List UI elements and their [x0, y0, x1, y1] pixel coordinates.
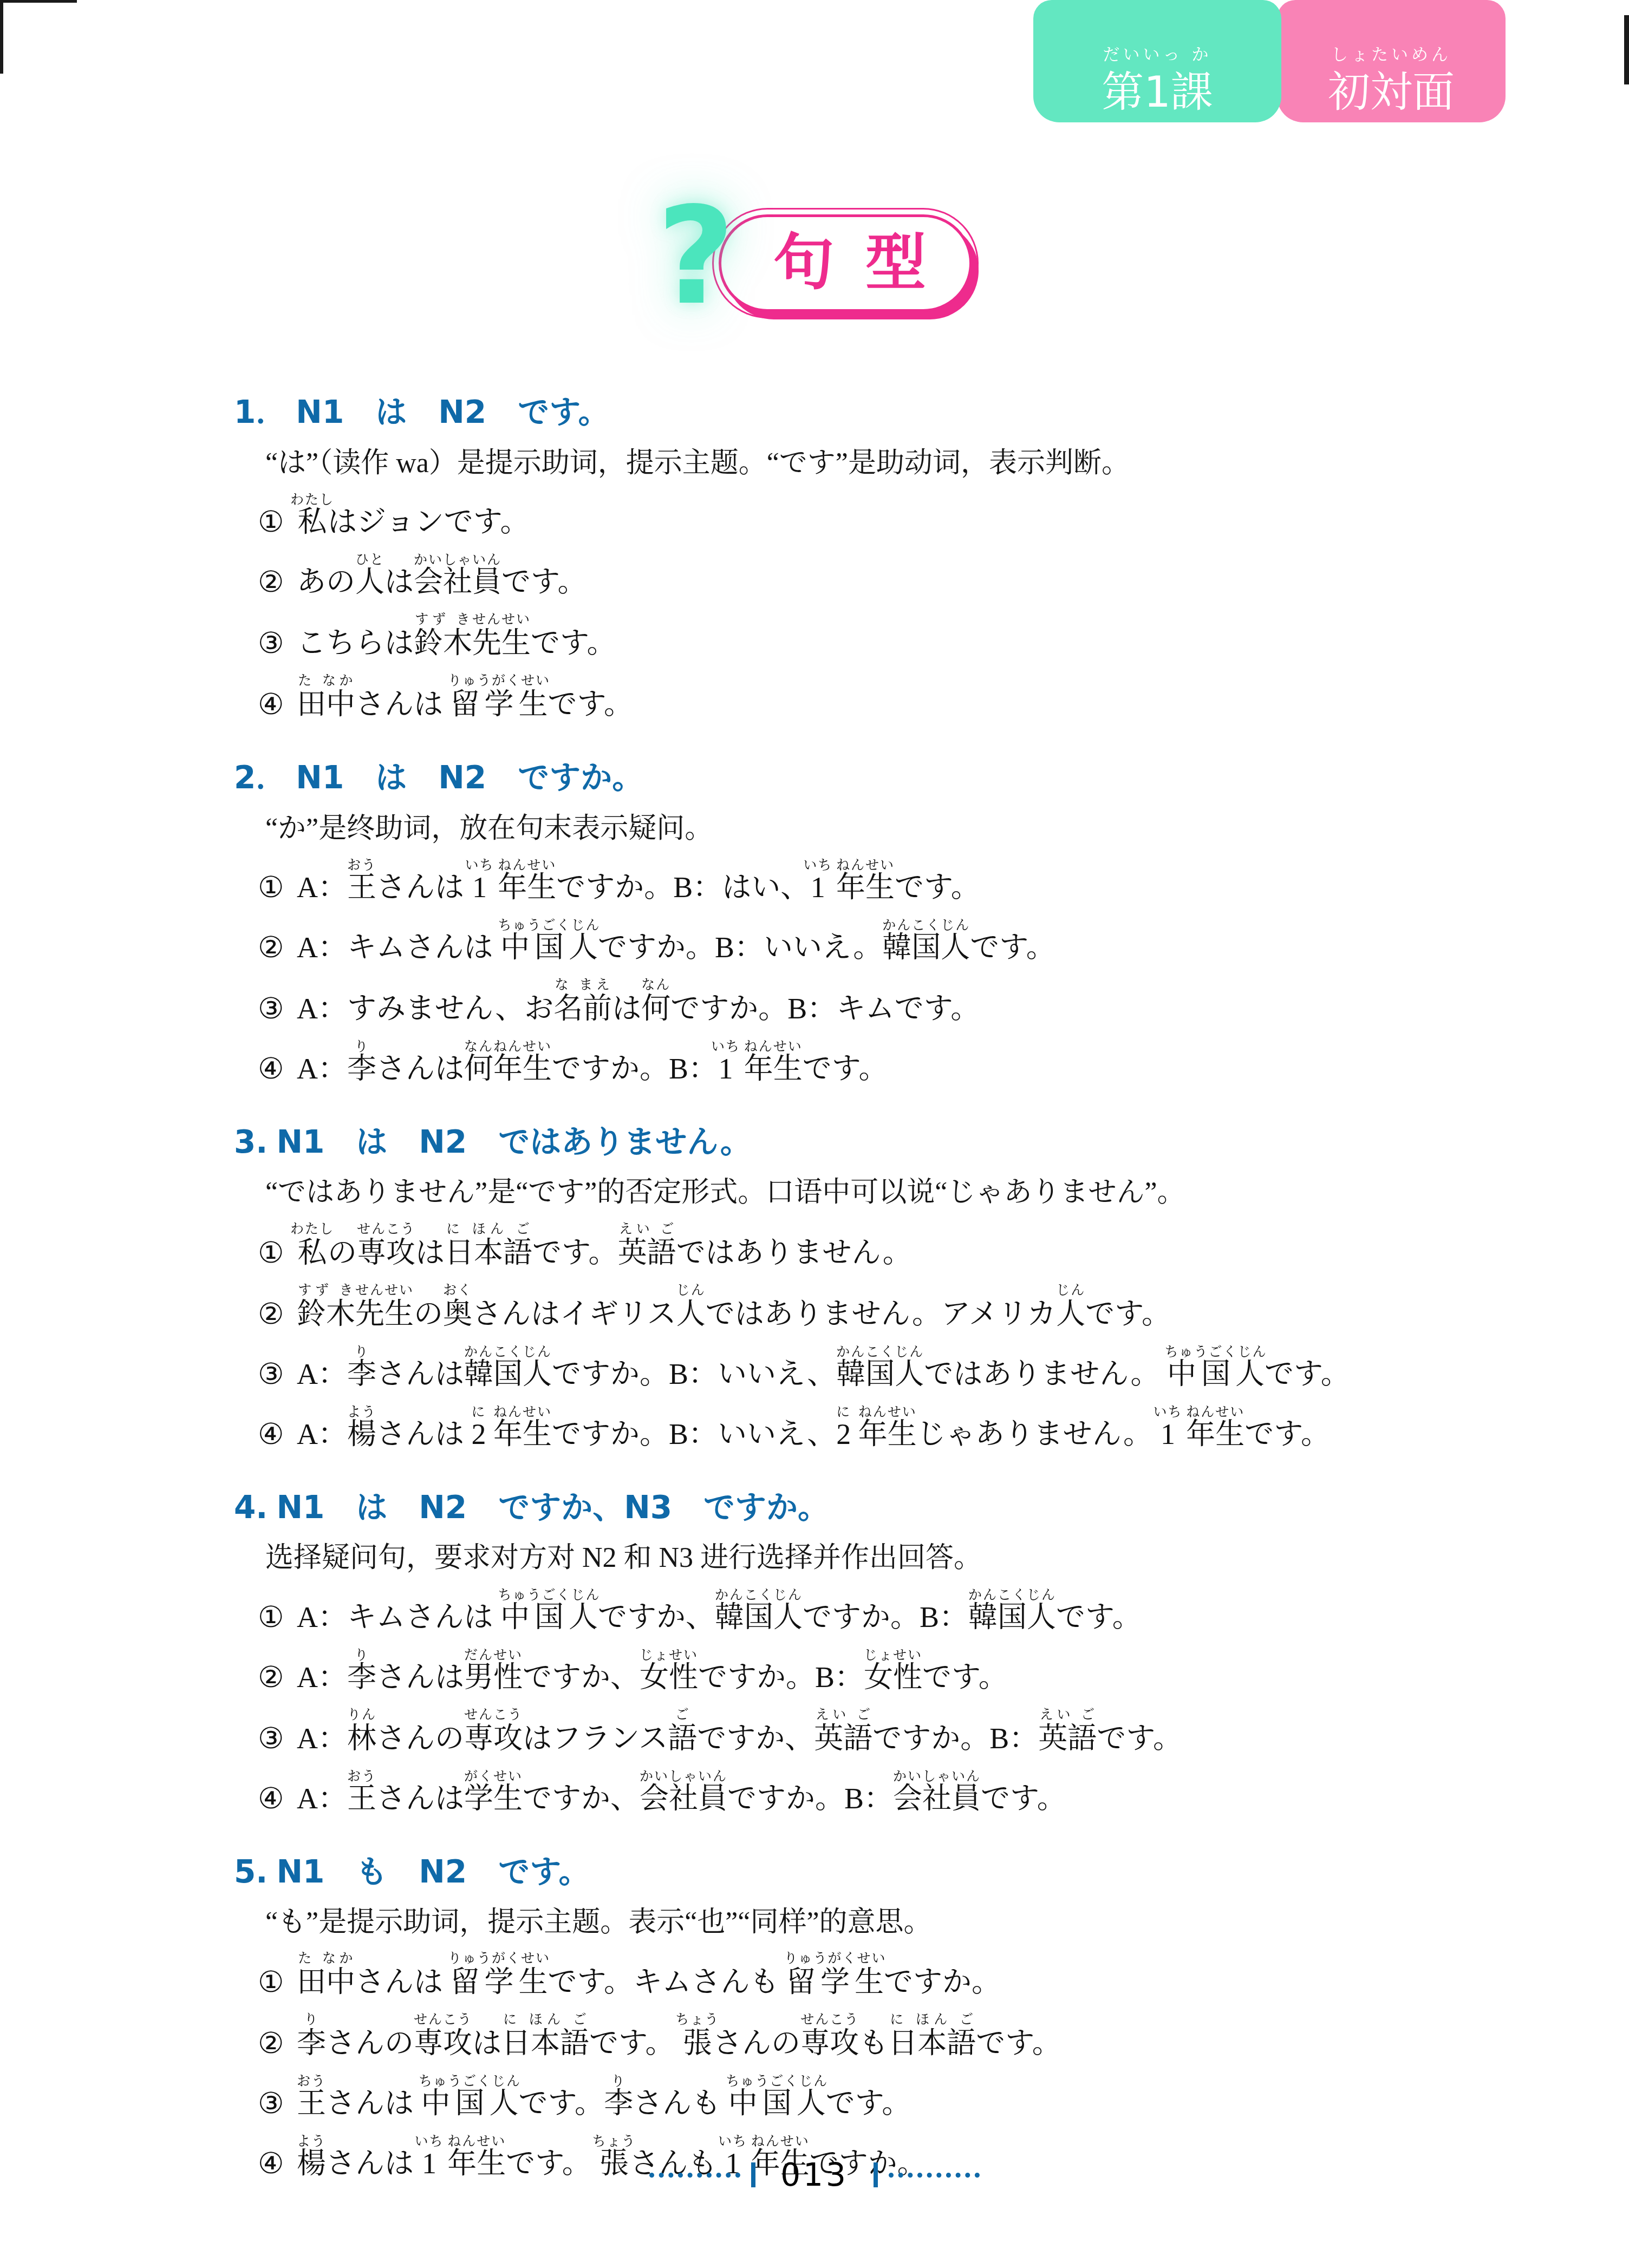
example-marker: ① [258, 1237, 291, 1269]
ruby-word: 中国人ちゅうごくじん [500, 1601, 598, 1633]
ruby-word: 張ちょう [682, 2027, 713, 2060]
ruby-word: 田中た なか [297, 688, 355, 721]
furigana: せんこう [414, 2012, 472, 2027]
furigana: ちゅうごくじん [498, 1588, 600, 1603]
example-marker: ② [258, 1661, 291, 1694]
furigana: ちょう [592, 2134, 636, 2149]
ruby-word: 名前な まえ [553, 992, 612, 1025]
section-number: 2． [234, 759, 287, 796]
scan-artifact-top-left [0, 0, 77, 74]
furigana: りゅうがくせい [448, 674, 550, 688]
lesson-topic-furigana: しょたいめん [1331, 41, 1451, 65]
ruby-word: 専攻せんこう [800, 2027, 859, 2060]
ruby-word: 中国人ちゅうごくじん [500, 931, 598, 964]
example-marker: ③ [258, 627, 291, 659]
example-sentence: ① 私わたしの専攻せんこうは日本語に ほん ごです。英語えい ごではありません。 [258, 1222, 1402, 1283]
example-sentence: ① A：キムさんは 中国人ちゅうごくじんですか、韓国人かんこくじんですか。B：韓… [258, 1587, 1402, 1648]
furigana: かんこくじん [968, 1588, 1056, 1603]
example-sentence: ② あの人ひとは会社員かいしゃいんです。 [258, 552, 1402, 612]
ruby-word: 李り [347, 1053, 376, 1085]
example-sentence: ① A：王おうさんは 1いち 年生ねんせいですか。B：はい、1いち 年生ねんせい… [258, 858, 1402, 918]
example-sentence: ④ A：楊ようさんは 2に 年生ねんせいですか。B：いいえ、2に 年生ねんせいじ… [258, 1404, 1402, 1465]
ruby-word: 王おう [297, 2087, 326, 2120]
section-explanation: “は”（读作 wa）是提示助词，提示主题。“です”是助动词，表示判断。 [265, 445, 1402, 482]
ruby-word: 1いち [471, 871, 490, 904]
example-marker: ③ [258, 1722, 291, 1755]
ruby-word: 会社員かいしゃいん [414, 566, 501, 598]
furigana: かんこくじん [836, 1345, 924, 1360]
ruby-word: 年生ねんせい [498, 871, 556, 904]
furigana: えい ご [618, 1222, 676, 1237]
example-marker: ① [258, 871, 291, 904]
ruby-word: 年生ねんせい [493, 1418, 552, 1450]
furigana: な まえ [553, 978, 612, 992]
furigana: よう [297, 2134, 326, 2149]
furigana: ちゅうごくじん [419, 2074, 521, 2089]
furigana: いち [718, 2134, 747, 2149]
furigana: いち [803, 858, 832, 873]
example-marker: ② [258, 1298, 291, 1330]
ruby-word: 何なん [641, 992, 670, 1025]
ruby-word: 英語えい ご [814, 1722, 872, 1755]
ruby-word: 英語えい ご [618, 1237, 676, 1269]
furigana: り [604, 2074, 633, 2089]
ruby-word: 韓国人かんこくじん [968, 1601, 1056, 1633]
ruby-word: 年生ねんせい [858, 1418, 917, 1450]
example-marker: ② [258, 2027, 291, 2060]
example-marker: ② [258, 566, 291, 598]
lesson-topic-label: 初対面 [1328, 71, 1455, 114]
ruby-word: 留学生りゅうがくせい [786, 1966, 884, 1998]
example-sentence: ③ A：すみません、お名前な まえは何なんですか。B：キムです。 [258, 978, 1402, 1039]
furigana: せんこう [357, 1222, 415, 1237]
page-footer: 013 [0, 2156, 1629, 2193]
ruby-word: 李り [604, 2087, 633, 2120]
ruby-word: 中国人ちゅうごくじん [1167, 1358, 1265, 1390]
furigana: だんせい [464, 1648, 523, 1663]
example-sentence: ② 鈴木すず き先生せんせいの奥おくさんはイギリス人じんではありません。アメリカ… [258, 1283, 1402, 1344]
furigana: せんこう [800, 2012, 859, 2027]
example-sentence: ② 李りさんの専攻せんこうは日本語に ほん ごです。 張ちょうさんの専攻せんこう… [258, 2012, 1402, 2074]
furigana: なん [641, 978, 670, 992]
example-sentence: ③ A：林りんさんの専攻せんこうはフランス語ごですか、英語えい ごですか。B：英… [258, 1708, 1402, 1769]
example-sentence: ① 私わたしはジョンです。 [258, 492, 1402, 552]
section-heading: 5.N1 も N2 です。 [234, 1854, 1402, 1890]
ruby-word: 1いち [810, 871, 829, 904]
furigana: りゅうがくせい [784, 1951, 887, 1966]
furigana: せんこう [464, 1708, 523, 1722]
example-marker: ① [258, 1966, 291, 1998]
grammar-sections: 1．N1 は N2 です。“は”（读作 wa）是提示助词，提示主题。“です”是助… [0, 330, 1629, 2194]
ruby-word: 中国人ちゅうごくじん [728, 2087, 826, 2120]
furigana: ねんせい [493, 1405, 552, 1420]
ruby-word: 専攻せんこう [414, 2027, 472, 2060]
lesson-topic-badge: しょたいめん 初対面 [1277, 0, 1506, 122]
ruby-word: 留学生りゅうがくせい [450, 1966, 548, 1998]
ruby-word: 女性じょせい [640, 1661, 698, 1694]
ruby-word: 鈴木すず き [297, 1298, 355, 1330]
furigana: り [297, 2012, 326, 2027]
ruby-word: 女性じょせい [864, 1661, 922, 1694]
ruby-word: 私わたし [297, 1237, 328, 1269]
lesson-number-badge: だいいっ か 第1課 [1033, 0, 1281, 122]
furigana: いち [465, 858, 494, 873]
furigana: せんせい [355, 1283, 414, 1298]
furigana: かいしゃいん [640, 1769, 727, 1784]
example-sentence: ④ 田中た なかさんは 留学生りゅうがくせいです。 [258, 674, 1402, 735]
ruby-word: 田中た なか [297, 1966, 355, 1998]
ruby-word: 専攻せんこう [357, 1237, 415, 1269]
ruby-word: 1いち [1159, 1418, 1178, 1450]
furigana: に [471, 1405, 486, 1420]
ruby-word: 先生せんせい [355, 1298, 414, 1330]
ruby-word: 日本語に ほん ご [501, 2027, 589, 2060]
section-explanation: “ではありません”是“です”的否定形式。口语中可以说“じゃありません”。 [265, 1174, 1402, 1212]
section-heading: 3.N1 は N2 ではありません。 [234, 1124, 1402, 1160]
ruby-word: 韓国人かんこくじん [464, 1358, 552, 1390]
example-marker: ① [258, 1601, 291, 1633]
furigana: ねんせい [744, 1040, 803, 1054]
example-marker: ③ [258, 1358, 291, 1390]
ruby-word: 王おう [347, 871, 376, 904]
ruby-word: 人ひと [355, 566, 385, 598]
furigana: えい ご [814, 1708, 872, 1722]
ruby-word: 留学生りゅうがくせい [450, 688, 548, 721]
example-marker: ④ [258, 688, 291, 721]
lesson-number-label: 第1課 [1102, 71, 1213, 114]
section-pattern: N1 は N2 ですか、N3 ですか。 [276, 1489, 829, 1526]
furigana: じん [676, 1283, 706, 1298]
furigana: ご [668, 1708, 697, 1722]
example-sentence: ③ 王おうさんは 中国人ちゅうごくじんです。李りさんも 中国人ちゅうごくじんです… [258, 2074, 1402, 2134]
furigana: すず き [297, 1283, 355, 1298]
section-heading: 2．N1 は N2 ですか。 [234, 760, 1402, 796]
example-marker: ④ [258, 1782, 291, 1815]
ruby-word: 1いち [718, 1053, 737, 1085]
section-explanation: “も”是提示助词，提示主题。表示“也”“同样”的意思。 [265, 1904, 1402, 1942]
section-explanation: “か”是终助词，放在句末表示疑问。 [265, 810, 1402, 848]
lesson-number-furigana: だいいっ か [1103, 41, 1212, 65]
footer-dots-right [889, 2173, 980, 2178]
ruby-word: 韓国人かんこくじん [836, 1358, 924, 1390]
page-number: 013 [780, 2156, 849, 2193]
example-sentence: ③ A：李りさんは韓国人かんこくじんですか。B：いいえ、韓国人かんこくじんではあ… [258, 1344, 1402, 1404]
furigana: ねんせい [751, 2134, 810, 2149]
ruby-word: 年生ねんせい [744, 1053, 803, 1085]
page-title: 句型 [773, 228, 957, 298]
furigana: りん [347, 1708, 376, 1722]
section-heading: 4.N1 は N2 ですか、N3 ですか。 [234, 1489, 1402, 1526]
example-marker: ④ [258, 1418, 291, 1450]
example-marker: ④ [258, 1053, 291, 1085]
example-marker: ③ [258, 2087, 291, 2120]
example-sentence: ④ A：王おうさんは学生がくせいですか、会社員かいしゃいんですか。B：会社員かい… [258, 1769, 1402, 1829]
ruby-word: 林りん [347, 1722, 376, 1755]
example-sentence: ③ こちらは鈴木すず き先生せんせいです。 [258, 612, 1402, 674]
example-sentence: ① 田中た なかさんは 留学生りゅうがくせいです。キムさんも 留学生りゅうがくせ… [258, 1951, 1402, 2012]
furigana: ねんせい [1186, 1405, 1244, 1420]
furigana: かんこくじん [715, 1588, 803, 1603]
furigana: いち [711, 1040, 740, 1054]
scan-artifact-top-right [1624, 15, 1629, 84]
furigana: り [347, 1345, 376, 1360]
section-pattern: N1 は N2 ではありません。 [276, 1123, 751, 1160]
furigana: ひと [355, 553, 385, 567]
section-pattern: N1 は N2 です。 [296, 394, 609, 430]
furigana: おく [443, 1283, 472, 1298]
ruby-word: 年生ねんせい [836, 871, 895, 904]
question-mark-icon: ? [657, 189, 735, 324]
ruby-word: 年生ねんせい [1186, 1418, 1244, 1450]
furigana: た なか [297, 1951, 355, 1966]
furigana: ちゅうごくじん [498, 918, 600, 933]
grammar-section: 1．N1 は N2 です。“は”（读作 wa）是提示助词，提示主题。“です”是助… [234, 394, 1402, 735]
furigana: おう [297, 2074, 326, 2089]
ruby-word: 何年生なんねんせい [464, 1053, 552, 1085]
grammar-section: 5.N1 も N2 です。“も”是提示助词，提示主题。表示“也”“同样”的意思。… [234, 1854, 1402, 2194]
furigana: に ほん ご [888, 2012, 976, 2027]
ruby-word: 男性だんせい [464, 1661, 523, 1694]
furigana: かいしゃいん [414, 553, 501, 567]
furigana: なんねんせい [464, 1040, 552, 1054]
ruby-word: 語ご [668, 1722, 697, 1755]
ruby-word: 中国人ちゅうごくじん [421, 2087, 518, 2120]
furigana: かんこくじん [882, 918, 970, 933]
furigana: おう [347, 858, 376, 873]
furigana: じょせい [640, 1648, 698, 1663]
ruby-word: 2に [471, 1418, 486, 1450]
furigana: に ほん ご [501, 2012, 589, 2027]
example-marker: ③ [258, 992, 291, 1025]
furigana: に [836, 1405, 851, 1420]
furigana: じょせい [864, 1648, 922, 1663]
ruby-word: 2に [836, 1418, 851, 1450]
ruby-word: 会社員かいしゃいん [640, 1782, 727, 1815]
section-pattern: N1 は N2 ですか。 [296, 759, 643, 796]
footer-dots-left [649, 2173, 740, 2178]
furigana: かいしゃいん [893, 1769, 981, 1784]
ruby-word: 先生せんせい [472, 627, 531, 659]
ruby-word: 人じん [1056, 1298, 1085, 1330]
ruby-word: 学生がくせい [464, 1782, 523, 1815]
title-pill: 句型 [719, 214, 972, 312]
furigana: せんせい [472, 612, 531, 627]
ruby-word: 韓国人かんこくじん [882, 931, 970, 964]
furigana: ねんせい [498, 858, 556, 873]
ruby-word: 韓国人かんこくじん [715, 1601, 803, 1633]
section-explanation: 选择疑问句，要求对方对 N2 和 N3 进行选择并作出回答。 [265, 1539, 1402, 1577]
ruby-word: 奥おく [443, 1298, 472, 1330]
section-number: 1． [234, 394, 287, 430]
furigana: に ほん ご [445, 1222, 532, 1237]
ruby-word: 日本語に ほん ご [888, 2027, 976, 2060]
ruby-word: 人じん [676, 1298, 706, 1330]
ruby-word: 私わたし [297, 506, 328, 538]
furigana: がくせい [464, 1769, 523, 1784]
grammar-section: 2．N1 は N2 ですか。“か”是终助词，放在句末表示疑问。① A：王おうさん… [234, 760, 1402, 1099]
example-marker: ① [258, 506, 291, 538]
ruby-word: 王おう [347, 1782, 376, 1815]
example-marker: ② [258, 931, 291, 964]
footer-bar-left [751, 2162, 755, 2187]
furigana: ねんせい [836, 858, 895, 873]
furigana: かんこくじん [464, 1345, 552, 1360]
furigana: り [347, 1648, 376, 1663]
example-sentence: ④ A：李りさんは何年生なんねんせいですか。B：1いち 年生ねんせいです。 [258, 1039, 1402, 1099]
furigana: ちょう [675, 2012, 719, 2027]
footer-bar-right [874, 2162, 878, 2187]
ruby-word: 鈴木すず き [414, 627, 472, 659]
furigana: ちゅうごくじん [726, 2074, 828, 2089]
ruby-word: 楊よう [347, 1418, 376, 1450]
furigana: ねんせい [858, 1405, 917, 1420]
grammar-section: 3.N1 は N2 ではありません。“ではありません”是“です”的否定形式。口语… [234, 1124, 1402, 1465]
furigana: いち [1153, 1405, 1182, 1420]
ruby-word: 李り [347, 1661, 376, 1694]
furigana: いち [414, 2134, 444, 2149]
furigana: わたし [290, 1222, 334, 1237]
furigana: た なか [297, 674, 355, 688]
ruby-word: 専攻せんこう [464, 1722, 523, 1755]
ruby-word: 英語えい ご [1038, 1722, 1097, 1755]
textbook-page: だいいっ か 第1課 しょたいめん 初対面 ? 句型 1．N1 は N2 です。… [0, 0, 1629, 2268]
section-number: 5. [234, 1853, 268, 1890]
furigana: り [347, 1040, 376, 1054]
furigana: えい ご [1038, 1708, 1097, 1722]
section-number: 3. [234, 1123, 268, 1160]
furigana: すず き [414, 612, 472, 627]
example-sentence: ② A：キムさんは 中国人ちゅうごくじんですか。B：いいえ。韓国人かんこくじんで… [258, 918, 1402, 978]
ruby-word: 会社員かいしゃいん [893, 1782, 981, 1815]
furigana: りゅうがくせい [448, 1951, 550, 1966]
furigana: おう [347, 1769, 376, 1784]
section-pattern: N1 も N2 です。 [276, 1853, 590, 1890]
section-heading: 1．N1 は N2 です。 [234, 394, 1402, 430]
ruby-word: 李り [297, 2027, 326, 2060]
ruby-word: 日本語に ほん ご [445, 1237, 532, 1269]
furigana: じん [1056, 1283, 1085, 1298]
furigana: よう [347, 1405, 376, 1420]
grammar-section: 4.N1 は N2 ですか、N3 ですか。选择疑问句，要求对方对 N2 和 N3… [234, 1489, 1402, 1829]
section-number: 4. [234, 1489, 268, 1526]
example-sentence: ② A：李りさんは男性だんせいですか、女性じょせいですか。B：女性じょせいです。 [258, 1648, 1402, 1708]
furigana: わたし [290, 493, 334, 507]
furigana: ちゅうごくじん [1164, 1345, 1267, 1360]
lesson-badges: だいいっ か 第1課 しょたいめん 初対面 [1033, 0, 1506, 122]
furigana: ねんせい [447, 2134, 506, 2149]
ruby-word: 李り [347, 1358, 376, 1390]
